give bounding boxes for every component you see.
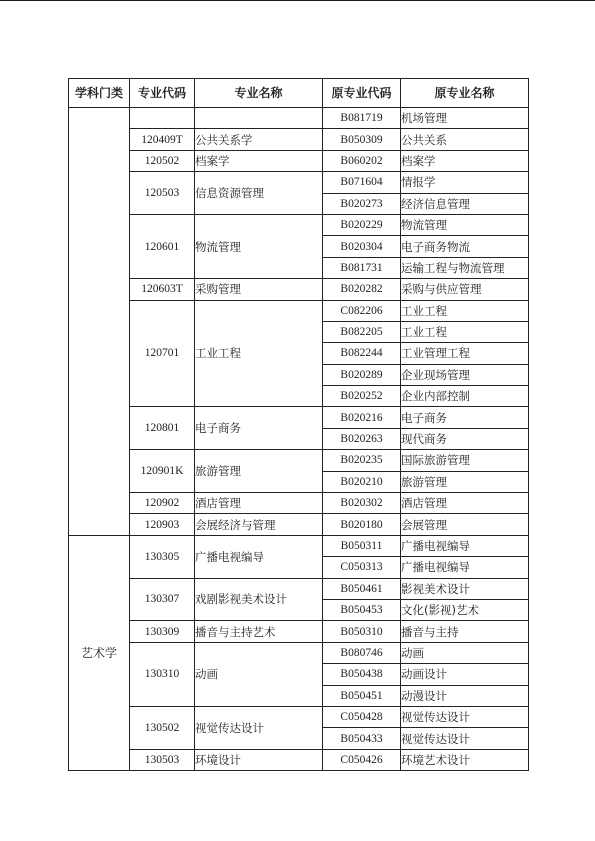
old-name-cell: 公共关系 bbox=[401, 129, 529, 150]
old-code-cell: B050311 bbox=[323, 535, 401, 556]
table-row: 130310动画B080746动画 bbox=[69, 642, 529, 663]
table-row: 120409T公共关系学B050309公共关系 bbox=[69, 129, 529, 150]
old-code-cell: B020263 bbox=[323, 428, 401, 449]
old-name-cell: 企业内部控制 bbox=[401, 386, 529, 407]
old-code-cell: B081731 bbox=[323, 257, 401, 278]
old-name-cell: 情报学 bbox=[401, 172, 529, 193]
major-name-cell: 播音与主持艺术 bbox=[195, 621, 323, 642]
old-name-cell: 电子商务 bbox=[401, 407, 529, 428]
major-code-cell: 120503 bbox=[130, 172, 195, 215]
major-name-cell: 电子商务 bbox=[195, 407, 323, 450]
old-name-cell: 会展管理 bbox=[401, 514, 529, 535]
table-row: 130503环境设计C050426环境艺术设计 bbox=[69, 749, 529, 770]
old-name-cell: 视觉传达设计 bbox=[401, 706, 529, 727]
old-code-cell: B050310 bbox=[323, 621, 401, 642]
major-name-cell: 视觉传达设计 bbox=[195, 706, 323, 749]
major-code-cell: 130503 bbox=[130, 749, 195, 770]
major-code-cell: 120601 bbox=[130, 214, 195, 278]
header-old-name: 原专业名称 bbox=[401, 79, 529, 108]
old-code-cell: B020210 bbox=[323, 471, 401, 492]
old-code-cell: B082205 bbox=[323, 321, 401, 342]
old-name-cell: 动画 bbox=[401, 642, 529, 663]
old-name-cell: 经济信息管理 bbox=[401, 193, 529, 214]
old-name-cell: 播音与主持 bbox=[401, 621, 529, 642]
major-code-cell: 130307 bbox=[130, 578, 195, 621]
major-code-cell: 120903 bbox=[130, 514, 195, 535]
old-code-cell: B020273 bbox=[323, 193, 401, 214]
old-code-cell: B050438 bbox=[323, 664, 401, 685]
category-cell bbox=[69, 108, 130, 536]
old-code-cell: B082244 bbox=[323, 343, 401, 364]
old-code-cell: B020180 bbox=[323, 514, 401, 535]
major-name-cell: 信息资源管理 bbox=[195, 172, 323, 215]
old-code-cell: C050428 bbox=[323, 706, 401, 727]
old-name-cell: 工业工程 bbox=[401, 300, 529, 321]
old-name-cell: 影视美术设计 bbox=[401, 578, 529, 599]
table-row: 120603T采购管理B020282采购与供应管理 bbox=[69, 279, 529, 300]
table-row: 120902酒店管理B020302酒店管理 bbox=[69, 493, 529, 514]
major-code-cell: 120502 bbox=[130, 150, 195, 171]
table-body: B081719机场管理120409T公共关系学B050309公共关系120502… bbox=[69, 108, 529, 771]
major-code-cell: 120409T bbox=[130, 129, 195, 150]
major-name-cell: 档案学 bbox=[195, 150, 323, 171]
old-name-cell: 酒店管理 bbox=[401, 493, 529, 514]
major-name-cell: 公共关系学 bbox=[195, 129, 323, 150]
major-name-cell: 环境设计 bbox=[195, 749, 323, 770]
header-old-code: 原专业代码 bbox=[323, 79, 401, 108]
old-name-cell: 环境艺术设计 bbox=[401, 749, 529, 770]
old-name-cell: 企业现场管理 bbox=[401, 364, 529, 385]
table-row: 120901K旅游管理B020235国际旅游管理 bbox=[69, 450, 529, 471]
major-name-cell: 动画 bbox=[195, 642, 323, 706]
old-name-cell: 档案学 bbox=[401, 150, 529, 171]
header-major-name: 专业名称 bbox=[195, 79, 323, 108]
major-name-cell bbox=[195, 108, 323, 129]
old-code-cell: B050453 bbox=[323, 599, 401, 620]
major-code-cell: 120603T bbox=[130, 279, 195, 300]
old-code-cell: C050313 bbox=[323, 557, 401, 578]
old-code-cell: B020216 bbox=[323, 407, 401, 428]
old-code-cell: B020229 bbox=[323, 214, 401, 235]
old-code-cell: B020252 bbox=[323, 386, 401, 407]
old-name-cell: 机场管理 bbox=[401, 108, 529, 129]
table-row: 130502视觉传达设计C050428视觉传达设计 bbox=[69, 706, 529, 727]
major-name-cell: 会展经济与管理 bbox=[195, 514, 323, 535]
major-code-cell bbox=[130, 108, 195, 129]
major-code-cell: 130310 bbox=[130, 642, 195, 706]
table-row: 130307戏剧影视美术设计B050461影视美术设计 bbox=[69, 578, 529, 599]
major-name-cell: 工业工程 bbox=[195, 300, 323, 407]
table-row: 120903会展经济与管理B020180会展管理 bbox=[69, 514, 529, 535]
old-name-cell: 广播电视编导 bbox=[401, 557, 529, 578]
old-code-cell: B050451 bbox=[323, 685, 401, 706]
major-code-cell: 130502 bbox=[130, 706, 195, 749]
old-name-cell: 国际旅游管理 bbox=[401, 450, 529, 471]
old-code-cell: B071604 bbox=[323, 172, 401, 193]
category-cell: 艺术学 bbox=[69, 535, 130, 770]
major-code-cell: 120902 bbox=[130, 493, 195, 514]
old-code-cell: B050433 bbox=[323, 728, 401, 749]
old-name-cell: 工业管理工程 bbox=[401, 343, 529, 364]
old-code-cell: B020289 bbox=[323, 364, 401, 385]
old-name-cell: 文化(影视)艺术 bbox=[401, 599, 529, 620]
old-name-cell: 广播电视编导 bbox=[401, 535, 529, 556]
old-name-cell: 采购与供应管理 bbox=[401, 279, 529, 300]
old-name-cell: 物流管理 bbox=[401, 214, 529, 235]
old-code-cell: B050309 bbox=[323, 129, 401, 150]
major-name-cell: 旅游管理 bbox=[195, 450, 323, 493]
old-code-cell: B080746 bbox=[323, 642, 401, 663]
old-name-cell: 动漫设计 bbox=[401, 685, 529, 706]
old-name-cell: 视觉传达设计 bbox=[401, 728, 529, 749]
table-row: 120701工业工程C082206工业工程 bbox=[69, 300, 529, 321]
major-name-cell: 物流管理 bbox=[195, 214, 323, 278]
table-row: 120601物流管理B020229物流管理 bbox=[69, 214, 529, 235]
table-row: 艺术学130305广播电视编导B050311广播电视编导 bbox=[69, 535, 529, 556]
old-code-cell: B020302 bbox=[323, 493, 401, 514]
table-row: 120801电子商务B020216电子商务 bbox=[69, 407, 529, 428]
old-code-cell: B020235 bbox=[323, 450, 401, 471]
table-row: B081719机场管理 bbox=[69, 108, 529, 129]
old-code-cell: B060202 bbox=[323, 150, 401, 171]
major-code-cell: 120901K bbox=[130, 450, 195, 493]
old-code-cell: B020282 bbox=[323, 279, 401, 300]
table-row: 120503信息资源管理B071604情报学 bbox=[69, 172, 529, 193]
major-name-cell: 酒店管理 bbox=[195, 493, 323, 514]
header-category: 学科门类 bbox=[69, 79, 130, 108]
old-code-cell: C050426 bbox=[323, 749, 401, 770]
old-name-cell: 现代商务 bbox=[401, 428, 529, 449]
table-row: 130309播音与主持艺术B050310播音与主持 bbox=[69, 621, 529, 642]
major-mapping-table: 学科门类 专业代码 专业名称 原专业代码 原专业名称 B081719机场管理12… bbox=[68, 78, 529, 771]
table-row: 120502档案学B060202档案学 bbox=[69, 150, 529, 171]
old-name-cell: 运输工程与物流管理 bbox=[401, 257, 529, 278]
old-name-cell: 工业工程 bbox=[401, 321, 529, 342]
page-top-rule bbox=[0, 0, 595, 1]
old-code-cell: C082206 bbox=[323, 300, 401, 321]
old-name-cell: 动画设计 bbox=[401, 664, 529, 685]
major-name-cell: 广播电视编导 bbox=[195, 535, 323, 578]
header-row: 学科门类 专业代码 专业名称 原专业代码 原专业名称 bbox=[69, 79, 529, 108]
major-code-cell: 130309 bbox=[130, 621, 195, 642]
old-code-cell: B050461 bbox=[323, 578, 401, 599]
major-code-cell: 130305 bbox=[130, 535, 195, 578]
old-name-cell: 旅游管理 bbox=[401, 471, 529, 492]
header-major-code: 专业代码 bbox=[130, 79, 195, 108]
major-code-cell: 120801 bbox=[130, 407, 195, 450]
old-name-cell: 电子商务物流 bbox=[401, 236, 529, 257]
major-name-cell: 采购管理 bbox=[195, 279, 323, 300]
old-code-cell: B081719 bbox=[323, 108, 401, 129]
major-code-cell: 120701 bbox=[130, 300, 195, 407]
old-code-cell: B020304 bbox=[323, 236, 401, 257]
major-name-cell: 戏剧影视美术设计 bbox=[195, 578, 323, 621]
